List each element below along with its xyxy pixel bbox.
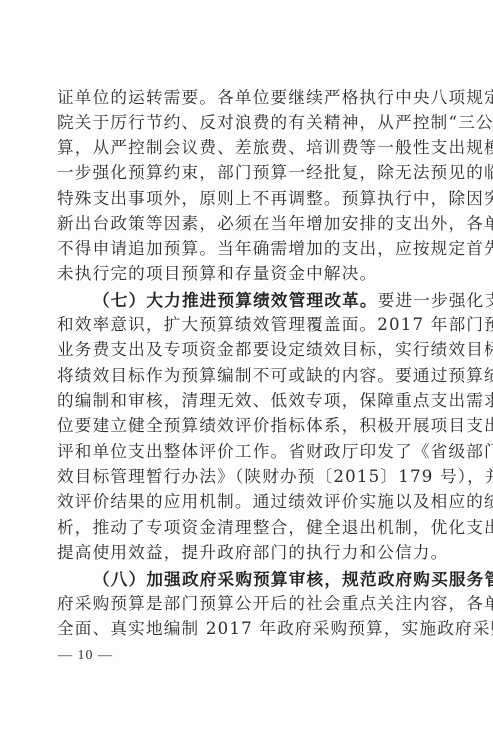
body-text-line: 院关于厉行节约、反对浪费的有关精神，从严控制“三公”经费预 bbox=[57, 111, 453, 135]
body-text-line: 证单位的运转需要。各单位要继续严格执行中央八项规定和国务 bbox=[57, 86, 453, 110]
body-text-line: 业务费支出及专项资金都要设定绩效目标，实行绩效目标管理， bbox=[57, 338, 453, 362]
body-text: 要进一步强化支出责任 bbox=[378, 291, 493, 310]
body-text-line: 提高使用效益，提升政府部门的执行力和公信力。 bbox=[57, 541, 453, 565]
body-text-line: 算，从严控制会议费、差旅费、培训费等一般性支出规模。要进 bbox=[57, 136, 453, 160]
body-text-line: 效评价结果的应用机制。通过绩效评价实施以及相应的绩效分 bbox=[57, 490, 453, 514]
body-text-line: 府采购预算是部门预算公开后的社会重点关注内容，各单位应认真、 bbox=[57, 592, 453, 616]
body-text-line: 析，推动了专项资金清理整合，健全退出机制，优化支出结构， bbox=[57, 516, 453, 540]
page-number: — 10 — bbox=[58, 646, 113, 666]
body-text-line: 效目标管理暂行办法》（陕财办预〔2015〕179 号），并建立了绩 bbox=[57, 465, 453, 489]
body-text-line: 一步强化预算约束，部门预算一经批复，除无法预见的临时性或 bbox=[57, 161, 453, 185]
body-text-line: 全面、真实地编制 2017 年政府采购预算，实施政府采购工作； bbox=[57, 617, 453, 641]
body-text-line: 未执行完的项目预算和存量资金中解决。 bbox=[57, 262, 453, 286]
body-text-line: 不得申请追加预算。当年确需增加的支出，应按规定首先从单位 bbox=[57, 237, 453, 261]
section-8-first-line: （八）加强政府采购预算审核，规范政府购买服务管理。政 bbox=[93, 567, 453, 591]
body-text-line: 的编制和审核，清理无效、低效专项，保障重点支出需求。各单 bbox=[57, 389, 453, 413]
document-page: 证单位的运转需要。各单位要继续严格执行中央八项规定和国务 院关于厉行节约、反对浪… bbox=[0, 0, 493, 736]
body-text-line: 和效率意识，扩大预算绩效管理覆盖面。2017 年部门预算专项 bbox=[57, 313, 453, 337]
body-text-line: 将绩效目标作为预算编制不可或缺的内容。要通过预算绩效目标 bbox=[57, 364, 453, 388]
body-text-line: 位要建立健全预算绩效评价指标体系，积极开展项目支出绩效自 bbox=[57, 414, 453, 438]
section-heading-7: （七）大力推进预算绩效管理改革。 bbox=[93, 290, 378, 310]
section-heading-8: （八）加强政府采购预算审核，规范政府购买服务管理。 bbox=[93, 569, 493, 589]
body-text-line: 新出台政策等因素，必须在当年增加安排的支出外，各单位一般 bbox=[57, 212, 453, 236]
section-7-first-line: （七）大力推进预算绩效管理改革。要进一步强化支出责任 bbox=[93, 288, 453, 312]
body-text-line: 特殊支出事项外，原则上不再调整。预算执行中，除因突发情况、 bbox=[57, 187, 453, 211]
body-text-line: 评和单位支出整体评价工作。省财政厅印发了《省级部门预算绩 bbox=[57, 440, 453, 464]
